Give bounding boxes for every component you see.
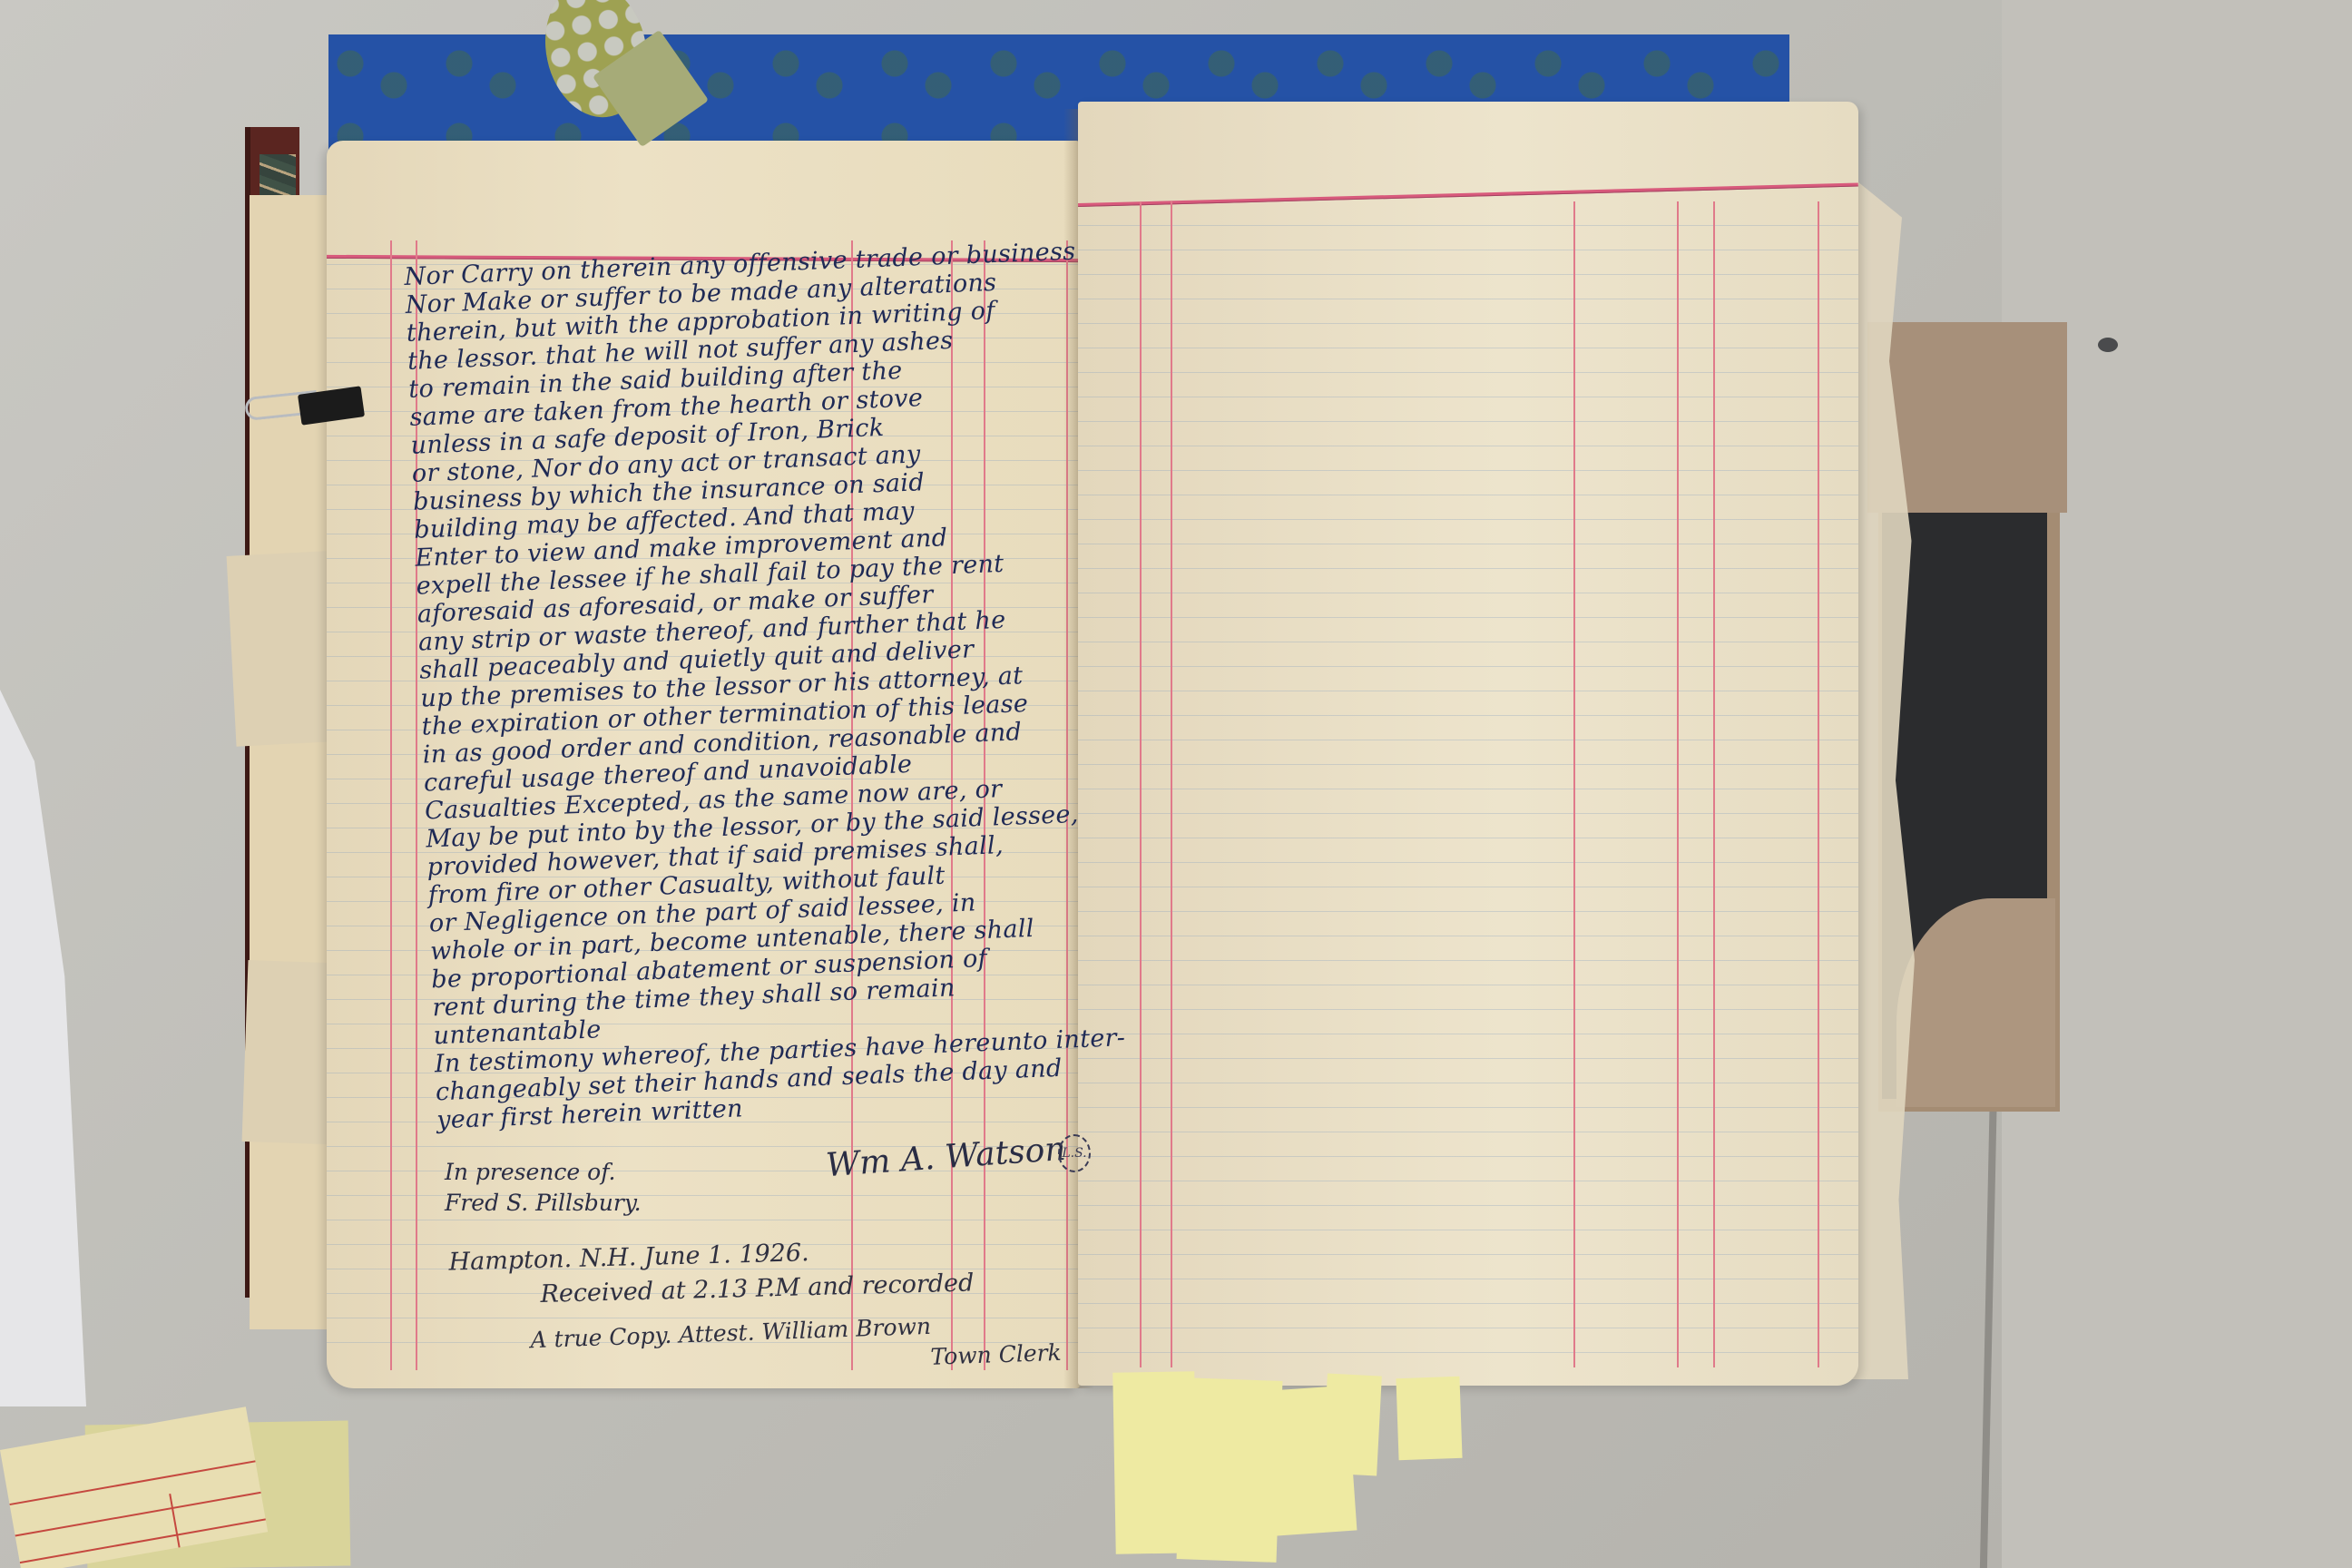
lease-body-text: Nor Carry on therein any offensive trade…	[404, 237, 1126, 1134]
yellow-slip	[1396, 1377, 1462, 1460]
witness-label: In presence of.	[445, 1157, 642, 1188]
loose-white-sheet	[0, 690, 86, 1406]
recording-note: Hampton. N.H. June 1. 1926. Received at …	[448, 1231, 975, 1314]
seal-mark: L.S.	[1058, 1134, 1091, 1172]
torn-page-flap	[227, 551, 337, 746]
table-hole	[2098, 338, 2118, 352]
binder-clip	[245, 381, 363, 436]
witness-block: In presence of. Fred S. Pillsbury.	[445, 1157, 642, 1219]
ledger-page-right	[1078, 102, 1858, 1386]
witness-name: Fred S. Pillsbury.	[445, 1188, 642, 1219]
yellow-slip	[1322, 1374, 1382, 1476]
